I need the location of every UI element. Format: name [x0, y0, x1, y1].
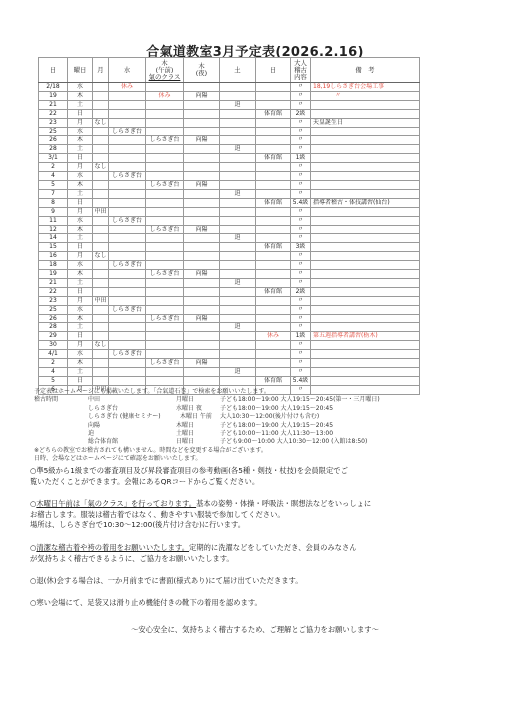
cell-dow: 日: [68, 154, 93, 163]
cell-date: 12: [39, 225, 68, 234]
cell-date: 16: [39, 252, 68, 261]
cell-adult: 3級: [291, 243, 311, 252]
cell-dow: 木: [68, 225, 93, 234]
cell-mon: [93, 154, 109, 163]
cell-dow: 水: [68, 350, 93, 359]
cell-wed: [109, 234, 146, 243]
cell-mon: [93, 83, 109, 92]
practice-time-row: しらさぎ台 (健康セミナー)木曜日 午前大人10:30〜12:00(後片付けも含…: [34, 413, 504, 421]
table-row: 30月なし〃: [39, 341, 420, 350]
practice-day: 月曜日: [176, 396, 220, 404]
cell-wed: [109, 100, 146, 109]
cell-sun: [256, 359, 291, 368]
header-monday: 月: [93, 58, 109, 83]
cell-thu-pm: 向陽: [184, 314, 220, 323]
table-row: 21土迫〃: [39, 278, 420, 287]
cell-date: 18: [39, 261, 68, 270]
cell-thu-am: [146, 234, 184, 243]
cell-note: [311, 207, 420, 216]
cell-adult: 〃: [291, 350, 311, 359]
cell-note: [311, 154, 420, 163]
cell-thu-pm: [184, 109, 220, 118]
cell-mon: [93, 368, 109, 377]
cell-dow: 月: [68, 341, 93, 350]
cell-wed: [109, 368, 146, 377]
cell-wed: [109, 323, 146, 332]
cell-note: [311, 172, 420, 181]
cell-date: 4: [39, 368, 68, 377]
cell-sat: [220, 270, 256, 279]
cell-wed: [109, 163, 146, 172]
cell-mon: [93, 180, 109, 189]
cell-sun: [256, 305, 291, 314]
cell-sat: [220, 296, 256, 305]
cell-wed: [109, 154, 146, 163]
cell-thu-pm: [184, 243, 220, 252]
cell-sat: [220, 376, 256, 385]
cell-note: [311, 216, 420, 225]
practice-time-label: [34, 422, 88, 430]
cell-sat: [220, 154, 256, 163]
table-row: 26木しらさぎ台向陽〃: [39, 314, 420, 323]
cell-date: 4: [39, 172, 68, 181]
cell-mon: [93, 270, 109, 279]
cell-thu-pm: [184, 323, 220, 332]
cell-sun: [256, 83, 291, 92]
table-row: 29日休み1級第五週指導者講習(栃木): [39, 332, 420, 341]
cell-adult: 〃: [291, 314, 311, 323]
table-row: 22日体育館2級: [39, 287, 420, 296]
cell-thu-pm: [184, 332, 220, 341]
cell-adult: 〃: [291, 225, 311, 234]
cell-sat: [220, 83, 256, 92]
cell-thu-am: [146, 154, 184, 163]
cell-sun: [256, 261, 291, 270]
cell-mon: なし: [93, 341, 109, 350]
cell-mon: [93, 127, 109, 136]
cell-thu-am: [146, 172, 184, 181]
cell-sat: 迫: [220, 100, 256, 109]
cell-thu-pm: 向陽: [184, 180, 220, 189]
practice-day: 日曜日: [176, 438, 220, 446]
cell-sat: [220, 243, 256, 252]
cell-note: [311, 305, 420, 314]
cell-date: 28: [39, 323, 68, 332]
cell-sat: [220, 314, 256, 323]
cell-sun: [256, 350, 291, 359]
cell-sun: [256, 323, 291, 332]
cell-date: 21: [39, 278, 68, 287]
cell-mon: なし: [93, 163, 109, 172]
cell-thu-am: [146, 368, 184, 377]
cell-wed: [109, 296, 146, 305]
table-row: 8日体育館5.4級指導者稽古・体技講習(仙台): [39, 198, 420, 207]
practice-time: 子ども18:00〜19:00 大人19:15〜20:45: [220, 405, 333, 413]
cell-note: 〃: [311, 91, 420, 100]
cell-wed: [109, 189, 146, 198]
cell-thu-pm: [184, 278, 220, 287]
cell-note: [311, 189, 420, 198]
cell-note: [311, 323, 420, 332]
cell-dow: 月: [68, 207, 93, 216]
cell-dow: 木: [68, 270, 93, 279]
cell-date: 15: [39, 243, 68, 252]
practice-time: 大人10:30〜12:00(後片付けも含む): [220, 413, 319, 421]
cell-note: [311, 180, 420, 189]
cell-dow: 月: [68, 118, 93, 127]
cell-adult: 〃: [291, 261, 311, 270]
cell-thu-pm: [184, 287, 220, 296]
cell-dow: 日: [68, 332, 93, 341]
cell-dow: 水: [68, 216, 93, 225]
table-row: 16月なし〃: [39, 252, 420, 261]
cell-sat: [220, 216, 256, 225]
cell-date: 26: [39, 136, 68, 145]
cell-wed: [109, 225, 146, 234]
cell-thu-am: しらさぎ台: [146, 314, 184, 323]
cell-sun: [256, 314, 291, 323]
cell-thu-am: [146, 332, 184, 341]
cell-adult: 〃: [291, 341, 311, 350]
cell-thu-am: しらさぎ台: [146, 180, 184, 189]
cell-mon: なし: [93, 118, 109, 127]
cell-wed: [109, 270, 146, 279]
cell-thu-pm: 向陽: [184, 225, 220, 234]
cell-sun: [256, 118, 291, 127]
cell-mon: [93, 261, 109, 270]
cell-adult: 〃: [291, 83, 311, 92]
cell-dow: 月: [68, 252, 93, 261]
table-row: 5日体育館5.4級: [39, 376, 420, 385]
practice-place: 総合体育館: [88, 438, 176, 446]
paragraph-ki-class: ○木曜日午前は「氣のクラス」を行っております。基本の姿勢・体操・呼吸法・瞑想法な…: [30, 499, 490, 531]
paragraph-socks: ○寒い会場にて、足袋又は滑り止め機能付きの靴下の着用を認めます。: [30, 598, 490, 609]
cell-note: [311, 287, 420, 296]
cell-date: 2: [39, 359, 68, 368]
table-row: 18水しらさぎ台〃: [39, 261, 420, 270]
cell-dow: 木: [68, 359, 93, 368]
table-row: 22日体育館2級: [39, 109, 420, 118]
cell-sun: [256, 252, 291, 261]
cell-adult: 〃: [291, 118, 311, 127]
cell-sat: [220, 359, 256, 368]
cell-thu-am: [146, 198, 184, 207]
cell-note: [311, 234, 420, 243]
table-row: 2/18水休み〃18,19しらさぎ台会場工事: [39, 83, 420, 92]
practice-day: 木曜日 午前: [180, 413, 220, 421]
cell-thu-pm: 向陽: [184, 91, 220, 100]
cell-sat: [220, 287, 256, 296]
cell-adult: 〃: [291, 216, 311, 225]
practice-time: 子ども18:00〜19:00 大人19:15〜20:45(第一・三月曜日): [220, 396, 380, 404]
cell-dow: 月: [68, 163, 93, 172]
cell-thu-am: [146, 350, 184, 359]
cell-adult: 1級: [291, 332, 311, 341]
cell-mon: [93, 359, 109, 368]
cell-note: [311, 163, 420, 172]
cell-sun: 体育館: [256, 287, 291, 296]
cell-dow: 日: [68, 198, 93, 207]
cell-adult: 〃: [291, 368, 311, 377]
header-sunday: 日: [256, 58, 291, 83]
cell-wed: [109, 243, 146, 252]
cell-mon: [93, 287, 109, 296]
cell-adult: 〃: [291, 323, 311, 332]
cell-wed: [109, 252, 146, 261]
cell-dow: 木: [68, 91, 93, 100]
cell-sat: [220, 225, 256, 234]
cell-sat: [220, 332, 256, 341]
cell-dow: 土: [68, 323, 93, 332]
table-row: 4/1水しらさぎ台〃: [39, 350, 420, 359]
cell-thu-pm: [184, 145, 220, 154]
cell-note: 指導者稽古・体技講習(仙台): [311, 198, 420, 207]
cell-thu-am: [146, 216, 184, 225]
cell-sat: 迫: [220, 189, 256, 198]
cell-note: [311, 314, 420, 323]
paragraph-videos: ○準5級から1級までの審査項目及び昇段審査項目の参考動画(各5種・剣技・杖技)を…: [30, 466, 490, 487]
cell-thu-pm: [184, 305, 220, 314]
cell-sat: [220, 341, 256, 350]
cell-adult: 〃: [291, 172, 311, 181]
practice-day: 水曜日 夜: [176, 405, 220, 413]
schedule-table: 日 曜日 月 水 木 (午前) 氣のクラス 木 (夜) 土 日 大人 稽古 内容…: [38, 57, 420, 395]
cell-dow: 土: [68, 234, 93, 243]
cell-thu-pm: [184, 207, 220, 216]
table-row: 2月なし〃: [39, 163, 420, 172]
cell-wed: [109, 109, 146, 118]
cell-dow: 土: [68, 368, 93, 377]
cell-thu-am: [146, 83, 184, 92]
cell-dow: 日: [68, 109, 93, 118]
cell-thu-am: しらさぎ台: [146, 270, 184, 279]
caveat-1: ※どちらの教室でお稽古されても構いません。時間などを変更する場合がございます。: [34, 447, 504, 455]
practice-time: 子ども18:00〜19:00 大人19:15〜20:45: [220, 422, 333, 430]
closing-message: 〜安心安全に、気持ちよく稽古するため、ご理解とご協力をお願いします〜: [0, 625, 510, 635]
cell-note: [311, 145, 420, 154]
cell-sun: [256, 234, 291, 243]
cell-thu-pm: [184, 83, 220, 92]
cell-sat: [220, 118, 256, 127]
table-row: 26木しらさぎ台向陽〃: [39, 136, 420, 145]
practice-time-label: 稽古時間: [34, 396, 88, 404]
cell-thu-pm: [184, 350, 220, 359]
cell-wed: [109, 136, 146, 145]
cell-date: 14: [39, 234, 68, 243]
cell-dow: 水: [68, 261, 93, 270]
cell-adult: 〃: [291, 207, 311, 216]
cell-thu-am: しらさぎ台: [146, 225, 184, 234]
practice-time-row: 総合体育館日曜日子ども9:00〜10:00 大人10:30〜12:00 (入館は…: [34, 438, 504, 446]
cell-dow: 日: [68, 243, 93, 252]
cell-thu-am: 休み: [146, 91, 184, 100]
cell-date: 3/1: [39, 154, 68, 163]
cell-date: 4/1: [39, 350, 68, 359]
cell-mon: [93, 376, 109, 385]
cell-thu-am: [146, 261, 184, 270]
cell-wed: しらさぎ台: [109, 350, 146, 359]
cell-wed: しらさぎ台: [109, 127, 146, 136]
cell-note: [311, 368, 420, 377]
cell-mon: [93, 145, 109, 154]
cell-thu-am: [146, 323, 184, 332]
cell-sat: [220, 207, 256, 216]
cell-adult: 〃: [291, 127, 311, 136]
table-row: 23月中田〃: [39, 296, 420, 305]
table-row: 7土迫〃: [39, 189, 420, 198]
header-thursday-pm: 木 (夜): [184, 58, 220, 83]
cell-date: 5: [39, 376, 68, 385]
cell-adult: 〃: [291, 252, 311, 261]
cell-dow: 土: [68, 145, 93, 154]
cell-thu-am: [146, 163, 184, 172]
cell-sat: [220, 350, 256, 359]
table-row: 4土迫〃: [39, 368, 420, 377]
cell-note: [311, 296, 420, 305]
cell-sun: [256, 127, 291, 136]
cell-date: 2: [39, 163, 68, 172]
cell-date: 29: [39, 332, 68, 341]
cell-sun: [256, 296, 291, 305]
cell-mon: [93, 225, 109, 234]
cell-sat: 迫: [220, 368, 256, 377]
cell-thu-am: [146, 100, 184, 109]
cell-wed: しらさぎ台: [109, 216, 146, 225]
cell-wed: [109, 359, 146, 368]
cell-sun: 体育館: [256, 109, 291, 118]
practice-place: 向陽: [88, 422, 176, 430]
cell-date: 8: [39, 198, 68, 207]
practice-time-label: [34, 413, 88, 421]
cell-wed: [109, 118, 146, 127]
practice-place: しらさぎ台 (健康セミナー): [88, 413, 180, 421]
cell-dow: 日: [68, 376, 93, 385]
cell-thu-pm: [184, 296, 220, 305]
cell-date: 19: [39, 91, 68, 100]
cell-thu-pm: [184, 154, 220, 163]
header-saturday: 土: [220, 58, 256, 83]
practice-time-label: [34, 430, 88, 438]
cell-sun: [256, 189, 291, 198]
cell-dow: 日: [68, 287, 93, 296]
cell-sat: [220, 261, 256, 270]
cell-note: [311, 376, 420, 385]
cell-note: [311, 341, 420, 350]
cell-mon: [93, 278, 109, 287]
cell-thu-am: [146, 341, 184, 350]
cell-thu-pm: [184, 163, 220, 172]
practice-time-row: 稽古時間中田月曜日子ども18:00〜19:00 大人19:15〜20:45(第一…: [34, 396, 504, 404]
table-row: 19木しらさぎ台向陽〃: [39, 270, 420, 279]
cell-sat: 迫: [220, 323, 256, 332]
cell-adult: 〃: [291, 145, 311, 154]
cell-adult: 〃: [291, 91, 311, 100]
cell-dow: 月: [68, 296, 93, 305]
practice-day: 木曜日: [176, 422, 220, 430]
cell-adult: 5.4級: [291, 376, 311, 385]
cell-sun: 休み: [256, 332, 291, 341]
cell-adult: 2級: [291, 109, 311, 118]
table-row: 2木しらさぎ台向陽〃: [39, 359, 420, 368]
practice-time: 子ども9:00〜10:00 大人10:30〜12:00 (入館は8:50): [220, 438, 367, 446]
cell-wed: [109, 198, 146, 207]
cell-sun: [256, 91, 291, 100]
cell-thu-pm: [184, 172, 220, 181]
cell-sun: [256, 207, 291, 216]
cell-wed: しらさぎ台: [109, 261, 146, 270]
cell-adult: 〃: [291, 296, 311, 305]
cell-thu-am: [146, 145, 184, 154]
cell-thu-am: しらさぎ台: [146, 359, 184, 368]
cell-sun: [256, 172, 291, 181]
cell-wed: [109, 287, 146, 296]
cell-thu-pm: [184, 341, 220, 350]
cell-adult: 〃: [291, 100, 311, 109]
cell-date: 7: [39, 189, 68, 198]
cell-thu-pm: [184, 216, 220, 225]
cell-wed: [109, 91, 146, 100]
cell-sat: 迫: [220, 234, 256, 243]
cell-sat: 迫: [220, 145, 256, 154]
cell-sun: [256, 180, 291, 189]
cell-date: 25: [39, 127, 68, 136]
cell-thu-pm: 向陽: [184, 270, 220, 279]
cell-sat: [220, 252, 256, 261]
cell-dow: 土: [68, 278, 93, 287]
cell-sun: [256, 216, 291, 225]
cell-note: [311, 136, 420, 145]
cell-thu-am: [146, 189, 184, 198]
practice-time-row: しらさぎ台水曜日 夜子ども18:00〜19:00 大人19:15〜20:45: [34, 405, 504, 413]
cell-note: [311, 261, 420, 270]
cell-date: 22: [39, 109, 68, 118]
cell-sun: [256, 368, 291, 377]
table-row: 25水しらさぎ台〃: [39, 305, 420, 314]
cell-adult: 2級: [291, 287, 311, 296]
header-weekday: 曜日: [68, 58, 93, 83]
table-row: 25水しらさぎ台〃: [39, 127, 420, 136]
cell-adult: 〃: [291, 234, 311, 243]
cell-adult: 〃: [291, 270, 311, 279]
cell-sat: [220, 198, 256, 207]
cell-mon: [93, 109, 109, 118]
cell-thu-pm: [184, 100, 220, 109]
cell-thu-am: [146, 278, 184, 287]
cell-sun: 体育館: [256, 198, 291, 207]
cell-mon: なし: [93, 252, 109, 261]
cell-date: 28: [39, 145, 68, 154]
cell-adult: 〃: [291, 163, 311, 172]
cell-thu-am: [146, 207, 184, 216]
cell-date: 19: [39, 270, 68, 279]
cell-sat: 迫: [220, 278, 256, 287]
cell-sat: [220, 180, 256, 189]
cell-adult: 〃: [291, 278, 311, 287]
cell-adult: 〃: [291, 136, 311, 145]
cell-dow: 水: [68, 83, 93, 92]
cell-wed: [109, 145, 146, 154]
cell-thu-pm: [184, 252, 220, 261]
cell-dow: 土: [68, 189, 93, 198]
cell-note: 第五週指導者講習(栃木): [311, 332, 420, 341]
cell-thu-am: [146, 127, 184, 136]
practice-times: 稽古時間中田月曜日子ども18:00〜19:00 大人19:15〜20:45(第一…: [34, 396, 504, 446]
cell-thu-am: [146, 252, 184, 261]
cell-dow: 木: [68, 314, 93, 323]
cell-wed: [109, 278, 146, 287]
cell-date: 26: [39, 314, 68, 323]
header-remarks: 備 考: [311, 58, 420, 83]
